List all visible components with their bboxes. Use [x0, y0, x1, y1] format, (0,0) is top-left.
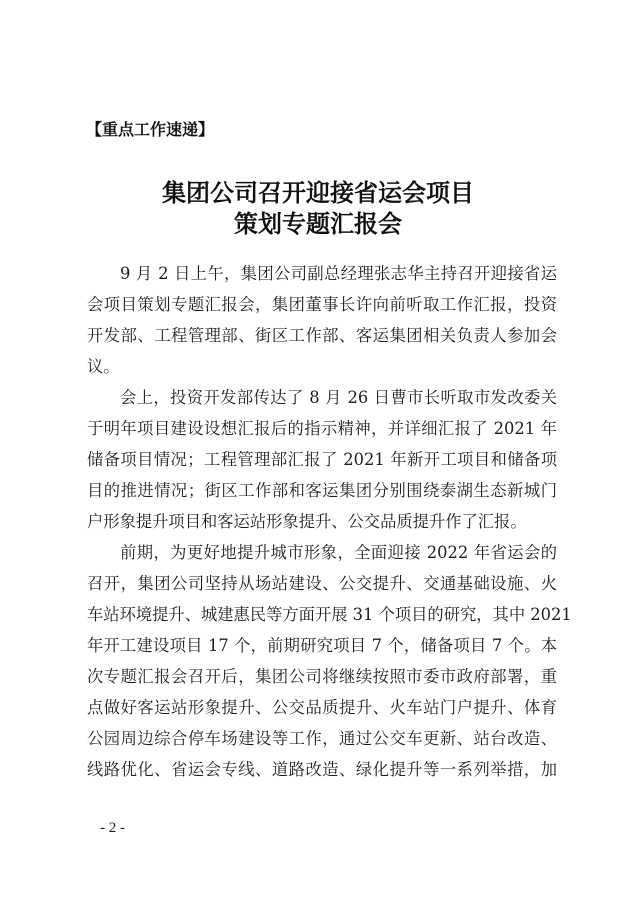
article-title-line-1: 集团公司召开迎接省运会项目 — [0, 173, 636, 208]
text-line: 9 月 2 日上午，集团公司副总经理张志华主持召开迎接省运 — [87, 258, 557, 289]
text-line: 目的推进情况；街区工作部和客运集团分别围绕泰湖生态新城门 — [87, 475, 557, 506]
article-title-line-2: 策划专题汇报会 — [0, 204, 636, 239]
text-line: 会上，投资开发部传达了 8 月 26 日曹市长听取市发改委关 — [87, 382, 557, 413]
text-line: 议。 — [87, 351, 557, 382]
section-tag: 【重点工作速递】 — [86, 117, 214, 140]
text-line: 开发部、工程管理部、街区工作部、客运集团相关负责人参加会 — [87, 320, 557, 351]
page-number: - 2 - — [100, 820, 125, 837]
text-line: 前期，为更好地提升城市形象，全面迎接 2022 年省运会的 — [87, 537, 557, 568]
text-line: 次专题汇报会召开后，集团公司将继续按照市委市政府部署，重 — [87, 661, 557, 692]
article-body: 9 月 2 日上午，集团公司副总经理张志华主持召开迎接省运 会项目策划专题汇报会… — [87, 258, 557, 785]
text-line: 户形象提升项目和客运站形象提升、公交品质提升作了汇报。 — [87, 506, 557, 537]
text-line: 车站环境提升、城建惠民等方面开展 31 个项目的研究，其中 2021 — [87, 599, 557, 630]
document-page: 【重点工作速递】 集团公司召开迎接省运会项目 策划专题汇报会 9 月 2 日上午… — [0, 0, 636, 900]
paragraph-1: 9 月 2 日上午，集团公司副总经理张志华主持召开迎接省运 会项目策划专题汇报会… — [87, 258, 557, 382]
paragraph-3: 前期，为更好地提升城市形象，全面迎接 2022 年省运会的 召开，集团公司坚持从… — [87, 537, 557, 785]
text-line: 召开，集团公司坚持从场站建设、公交提升、交通基础设施、火 — [87, 568, 557, 599]
text-line: 储备项目情况；工程管理部汇报了 2021 年新开工项目和储备项 — [87, 444, 557, 475]
text-line: 会项目策划专题汇报会，集团董事长许向前听取工作汇报，投资 — [87, 289, 557, 320]
text-line: 公园周边综合停车场建设等工作，通过公交车更新、站台改造、 — [87, 723, 557, 754]
paragraph-2: 会上，投资开发部传达了 8 月 26 日曹市长听取市发改委关 于明年项目建设设想… — [87, 382, 557, 537]
text-line: 点做好客运站形象提升、公交品质提升、火车站门户提升、体育 — [87, 692, 557, 723]
text-line: 线路优化、省运会专线、道路改造、绿化提升等一系列举措，加 — [87, 754, 557, 785]
text-line: 年开工建设项目 17 个，前期研究项目 7 个，储备项目 7 个。本 — [87, 630, 557, 661]
text-line: 于明年项目建设设想汇报后的指示精神，并详细汇报了 2021 年 — [87, 413, 557, 444]
